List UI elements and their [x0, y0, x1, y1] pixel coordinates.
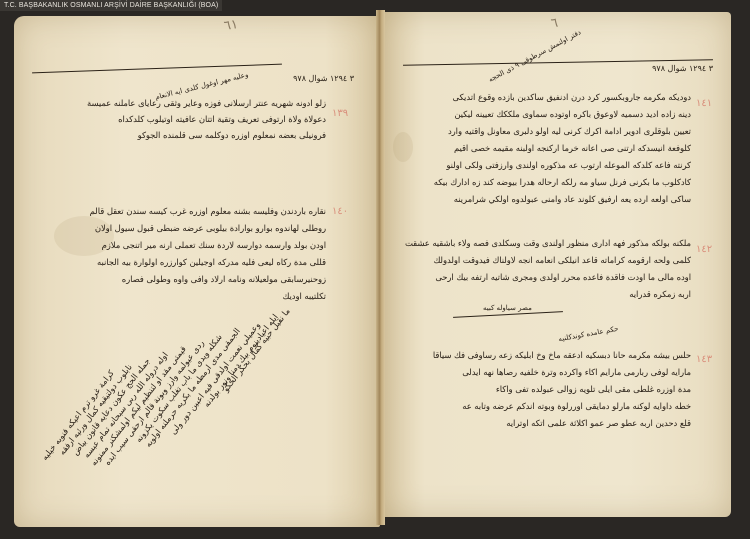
- margin-note: وعليه مهر اوغول كلدى ايه الانعام: [154, 71, 249, 102]
- text-line: كلوفعة انيسدكه ارتنى صى اعانه خرما اركنج…: [393, 143, 691, 153]
- text-line: اربه زمكره قدرايه: [573, 289, 691, 299]
- sub-note: حكم عامده كوندكلنيه: [558, 325, 619, 343]
- section-note: مصر سياوله كبيه: [483, 304, 532, 312]
- text-line: قلع دحدين اربه عطو صر عمو اكلاثة علمى ات…: [443, 418, 691, 428]
- paper-stain: [54, 216, 114, 256]
- text-line: اوده مالى ما اودت فاقدة فاعده محرر اولدى…: [393, 272, 691, 282]
- diagonal-text-block: ما نقيل حبيه كمال بحكر الحكو ايله اعيادي…: [54, 306, 284, 506]
- text-line: كلمى ولحه ارقومه كراماته قاعد انيلكى انع…: [393, 255, 691, 265]
- margin-note: دفتر اولنمش سرطوقى ٩ ذى الحجه: [487, 28, 582, 84]
- entry-number: ١٤٢: [696, 244, 712, 255]
- page-header-note: ٣ ١٢٩٤ شوال ٩٧٨: [563, 64, 713, 73]
- entry-number: ١٣٩: [332, 108, 348, 119]
- text-line: خطه داوايه لوكنه مارلو دمايقى اوررلوة وب…: [393, 401, 691, 411]
- text-line: ساكى اولعه ارده يعه ارفيق كلوند عاد وامن…: [443, 194, 691, 204]
- right-page: ٦ ٣ ١٢٩٤ شوال ٩٧٨ دفتر اولنمش سرطوقى ٩ ذ…: [383, 12, 731, 517]
- entry-number: ١٤٠: [332, 206, 348, 217]
- text-line: دعولاة ولاة ارتوفى تعريف وتقية اتتان عاف…: [34, 114, 326, 124]
- folio-mark: ٦١: [223, 17, 239, 34]
- text-line: تكلتيبه اوديك: [264, 291, 326, 301]
- archive-header: T.C. BAŞBAKANLIK OSMANLI ARŞİVİ DAİRE BA…: [0, 0, 222, 11]
- text-line: تعيين بلوقلرى ادوير ادامة اكرك كرنى ليه …: [393, 126, 691, 136]
- entry-number: ١٤١: [696, 98, 712, 109]
- text-line: كادكلوب ما بكرنى فرنل سياو مه رلكه ارحال…: [393, 177, 691, 187]
- text-line: دينه زاده اديد دسميه لاوعوق باكره اوتوده…: [393, 109, 691, 119]
- text-line: دوديكه مكرمه جاروبكسور كرد درن ادنفيق سا…: [393, 92, 691, 102]
- section-rule: [453, 311, 563, 318]
- text-line: مدة اوزره غلطى مقى ايلى تلويه زوالى عبول…: [393, 384, 691, 394]
- text-line: قللى مدة ركاه ليعى فليه مدركه اوجيلين كو…: [30, 257, 326, 267]
- text-line: زلو ادونه شهريه عنتر ارسلانى فوزه وعاير …: [44, 98, 326, 108]
- text-line: كرنته فاعه كلدكه الموعله ارتوب عه مذكوره…: [393, 160, 691, 170]
- text-line: حلس بيشه مكرمه حانا دبسكيه ادعقه ماخ وخ …: [393, 350, 691, 360]
- left-page: ٦١ ٣ ١٢٩٤ شوال ٩٧٨ وعليه مهر اوغول كلدى …: [14, 16, 380, 527]
- text-line: زوحنيرسابقى مولعيلانه ونامه ارلاد وافى و…: [30, 274, 326, 284]
- folio-mark: ٦: [550, 16, 559, 32]
- text-line: اودن بولد وارسمه دوارسه لاردة سنك تعملى …: [30, 240, 326, 250]
- text-line: ملكنه بولكه مذكور فهه ادارى منظور اولندى…: [393, 238, 691, 248]
- text-line: روطلى لهاندوه بوارو بوارادة بيلوبى عرضه …: [30, 223, 326, 233]
- text-line: نقاره باردندن وفليسه بشنه معلوم اوزره غر…: [30, 206, 326, 216]
- text-line: مارايه لوفى ربارمى مارايم اكاء واكرده وت…: [393, 367, 691, 377]
- entry-number: ١٤٣: [696, 354, 712, 365]
- text-line: فرونيلى بعضه نمعلوم اوزره دوكلمه سى قلمن…: [74, 130, 326, 140]
- book-spine: [376, 10, 385, 525]
